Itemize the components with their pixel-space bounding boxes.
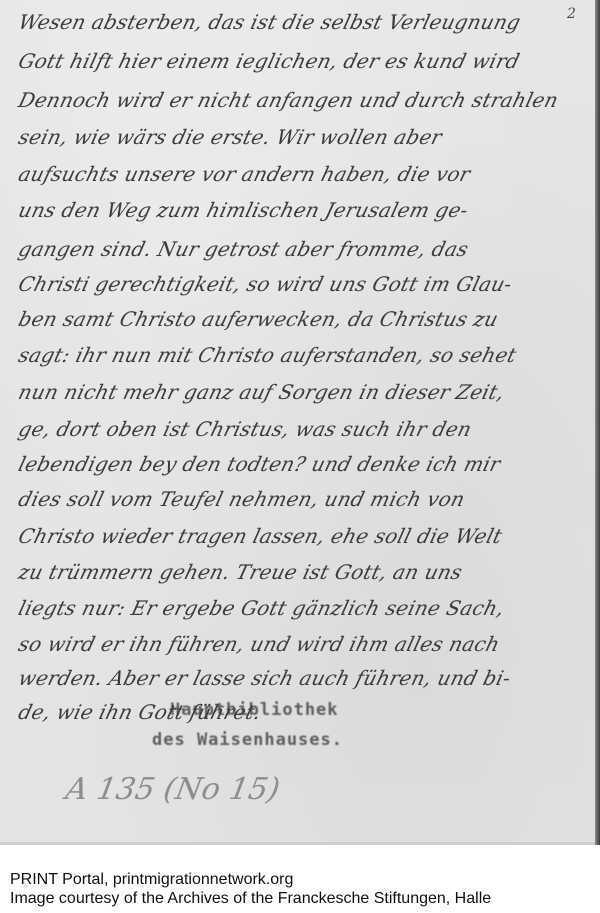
handwriting-line: gangen sind. Nur getrost aber fromme, da… bbox=[16, 237, 471, 261]
handwriting-line: dies soll vom Teufel nehmen, und mich vo… bbox=[16, 487, 467, 511]
archive-number: A 135 (No 15) bbox=[63, 772, 283, 807]
handwriting-line: liegts nur: Er ergebe Gott gänzlich sein… bbox=[16, 596, 507, 620]
handwriting-line: sagt: ihr nun mit Christo auferstanden, … bbox=[16, 343, 519, 367]
page-number: 2 bbox=[567, 6, 576, 22]
handwriting-line: Wesen absterben, das ist die selbst Verl… bbox=[16, 10, 523, 34]
scan-bottom-edge bbox=[0, 842, 600, 845]
handwriting-line: Gott hilft hier einem ieglichen, der es … bbox=[16, 49, 522, 73]
caption-line-credit: Image courtesy of the Archives of the Fr… bbox=[10, 889, 491, 908]
handwriting-line: aufsuchts unsere vor andern haben, die v… bbox=[16, 162, 473, 186]
caption-line-source: PRINT Portal, printmigrationnetwork.org bbox=[10, 870, 491, 889]
handwriting-line: ben samt Christo auferwecken, da Christu… bbox=[16, 307, 501, 331]
handwriting-line: Dennoch wird er nicht anfangen und durch… bbox=[16, 88, 561, 112]
handwriting-line: ge, dort oben ist Christus, was such ihr… bbox=[16, 417, 474, 441]
handwriting-line: werden. Aber er lasse sich auch führen, … bbox=[16, 666, 513, 690]
handwriting-line: lebendigen bey den todten? und denke ich… bbox=[16, 452, 503, 476]
handwriting-line: nun nicht mehr ganz auf Sorgen in dieser… bbox=[16, 380, 507, 404]
handwriting-line: Christo wieder tragen lassen, ehe soll d… bbox=[16, 524, 505, 548]
stamp-line-1: Hauptbibliothek bbox=[170, 700, 339, 720]
image-caption: PRINT Portal, printmigrationnetwork.org … bbox=[10, 870, 491, 908]
handwriting-line: zu trümmern gehen. Treue ist Gott, an un… bbox=[16, 560, 465, 584]
handwriting-line: uns den Weg zum himlischen Jerusalem ge- bbox=[16, 198, 471, 222]
stamp-line-2: des Waisenhauses. bbox=[152, 730, 343, 750]
handwriting-line: Christi gerechtigkeit, so wird uns Gott … bbox=[16, 272, 515, 296]
scan-right-edge bbox=[595, 0, 600, 845]
handwriting-line: so wird er ihn führen, und wird ihm alle… bbox=[16, 632, 502, 656]
manuscript-scan: 2 Wesen absterben, das ist die selbst Ve… bbox=[0, 0, 600, 845]
library-stamp: Hauptbibliothek des Waisenhauses. bbox=[152, 700, 432, 760]
handwriting-line: sein, wie wärs die erste. Wir wollen abe… bbox=[16, 125, 445, 149]
